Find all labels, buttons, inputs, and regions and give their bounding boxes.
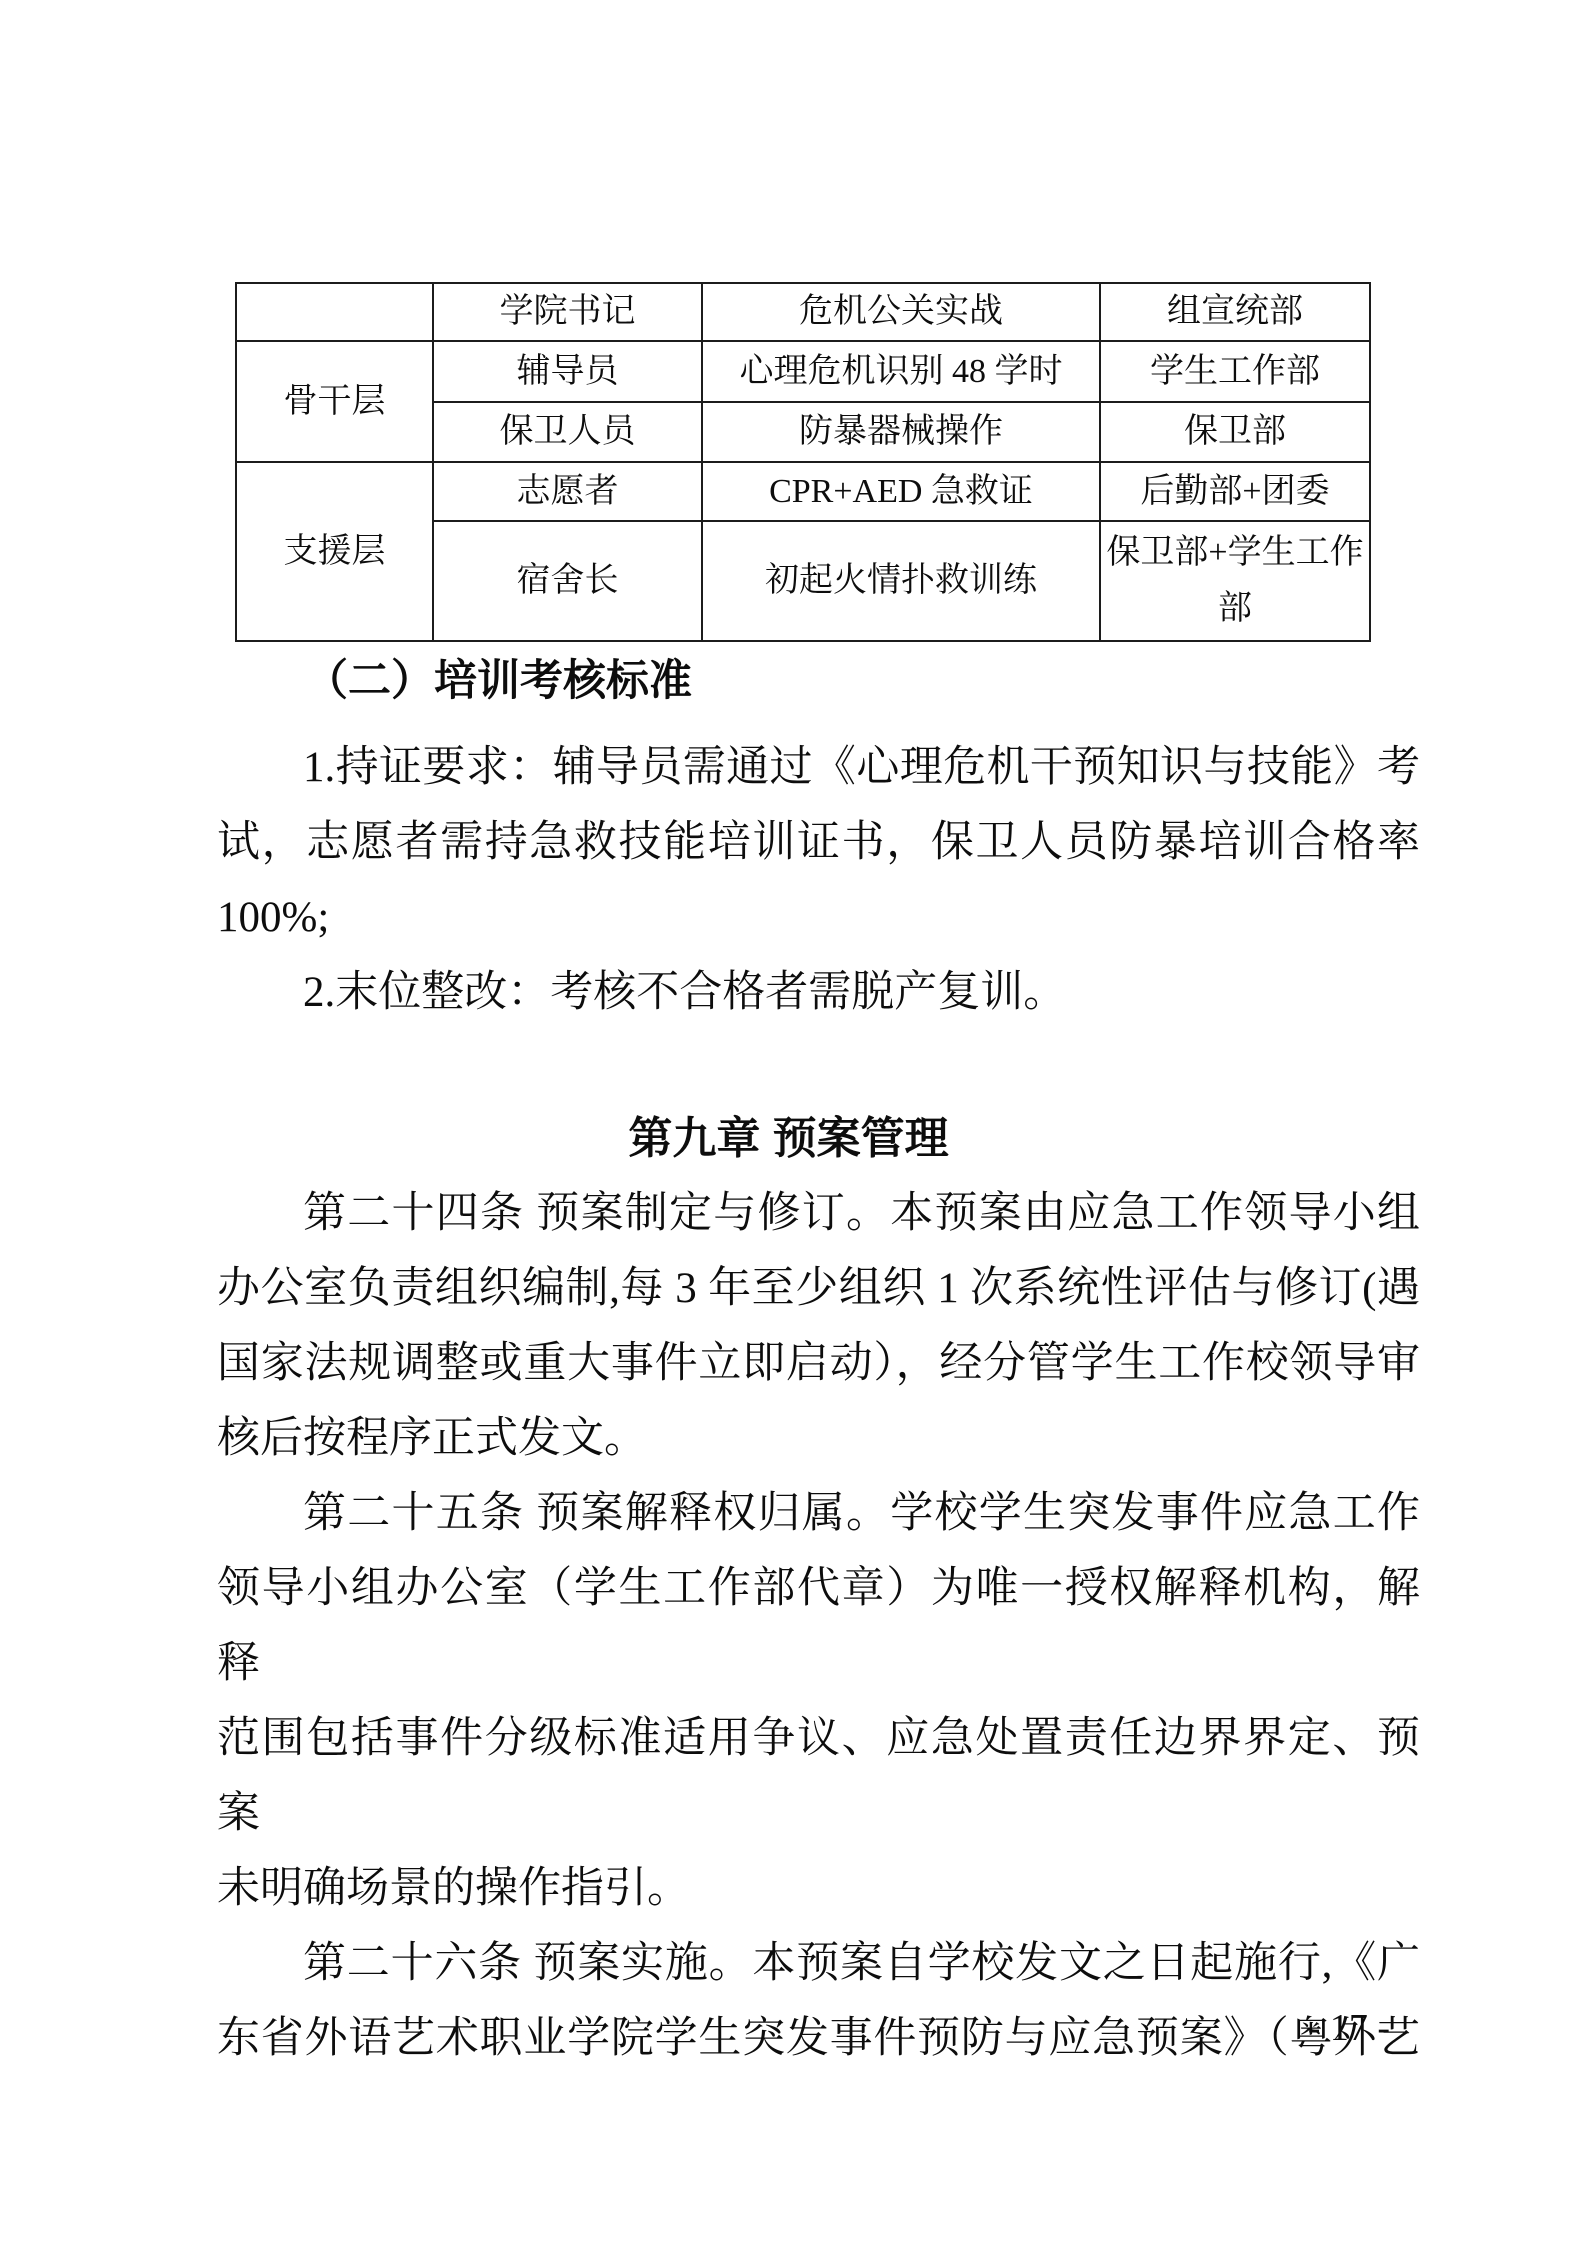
table-cell-role: 辅导员 <box>433 341 702 402</box>
paragraph-article-25: 第二十五条 预案解释权归属。学校学生突发事件应急工作 领导小组办公室（学生工作部… <box>217 1476 1420 1926</box>
table-cell-course: 心理危机识别 48 学时 <box>702 341 1100 402</box>
text-line: 办公室负责组织编制,每 3 年至少组织 1 次系统性评估与修订(遇 <box>217 1251 1420 1326</box>
section-heading: （二）培训考核标准 <box>217 642 1420 722</box>
table-cell-course: 危机公关实战 <box>702 283 1100 341</box>
table-cell-dept: 保卫部 <box>1100 402 1370 462</box>
table-cell-corner-empty <box>236 283 433 341</box>
paragraph-retraining: 2.末位整改：考核不合格者需脱产复训。 <box>217 955 1420 1030</box>
table-cell-group-support: 支援层 <box>236 462 433 641</box>
text-line: 核后按程序正式发文。 <box>217 1401 1420 1476</box>
text-line: 第二十五条 预案解释权归属。学校学生突发事件应急工作 <box>217 1476 1420 1551</box>
text-line: 试，志愿者需持急救技能培训证书，保卫人员防暴培训合格率 <box>217 805 1420 880</box>
chapter-heading: 第九章 预案管理 <box>217 1101 1420 1176</box>
text-line: 未明确场景的操作指引。 <box>217 1851 1420 1926</box>
text-line: 1.持证要求：辅导员需通过《心理危机干预知识与技能》考 <box>217 730 1420 805</box>
table-cell-course: 初起火情扑救训练 <box>702 521 1100 641</box>
paragraph-article-24: 第二十四条 预案制定与修订。本预案由应急工作领导小组 办公室负责组织编制,每 3… <box>217 1176 1420 1476</box>
table-cell-role: 保卫人员 <box>433 402 702 462</box>
page-number: - 17 - <box>1308 2006 1390 2050</box>
text-line: 第二十六条 预案实施。本预案自学校发文之日起施行,《广 <box>217 1926 1420 2001</box>
document-page: 学院书记 危机公关实战 组宣统部 骨干层 辅导员 心理危机识别 48 学时 学生… <box>0 0 1587 2245</box>
table-cell-dept: 学生工作部 <box>1100 341 1370 402</box>
table-row: 学院书记 危机公关实战 组宣统部 <box>236 283 1370 341</box>
text-line: 100%; <box>217 880 1420 955</box>
table-cell-dept: 组宣统部 <box>1100 283 1370 341</box>
text-line: 领导小组办公室（学生工作部代章）为唯一授权解释机构，解释 <box>217 1551 1420 1701</box>
paragraph-certification: 1.持证要求：辅导员需通过《心理危机干预知识与技能》考 试，志愿者需持急救技能培… <box>217 730 1420 955</box>
table-row: 骨干层 辅导员 心理危机识别 48 学时 学生工作部 <box>236 341 1370 402</box>
paragraph-article-26: 第二十六条 预案实施。本预案自学校发文之日起施行,《广 东省外语艺术职业学院学生… <box>217 1926 1420 2076</box>
text-line: 范围包括事件分级标准适用争议、应急处置责任边界界定、预案 <box>217 1701 1420 1851</box>
training-matrix-table: 学院书记 危机公关实战 组宣统部 骨干层 辅导员 心理危机识别 48 学时 学生… <box>235 282 1371 642</box>
text-line: 国家法规调整或重大事件立即启动），经分管学生工作校领导审 <box>217 1326 1420 1401</box>
text-line: 2.末位整改：考核不合格者需脱产复训。 <box>217 955 1420 1030</box>
table-cell-dept: 保卫部+学生工作部 <box>1100 521 1370 641</box>
table-cell-dept: 后勤部+团委 <box>1100 462 1370 521</box>
page-content: 学院书记 危机公关实战 组宣统部 骨干层 辅导员 心理危机识别 48 学时 学生… <box>217 0 1420 2076</box>
text-line: 东省外语艺术职业学院学生突发事件预防与应急预案》（粤外艺 <box>217 2001 1420 2076</box>
table-cell-course: CPR+AED 急救证 <box>702 462 1100 521</box>
table-cell-role: 学院书记 <box>433 283 702 341</box>
text-line: 第二十四条 预案制定与修订。本预案由应急工作领导小组 <box>217 1176 1420 1251</box>
table-cell-group-backbone: 骨干层 <box>236 341 433 462</box>
table-cell-role: 宿舍长 <box>433 521 702 641</box>
table-cell-course: 防暴器械操作 <box>702 402 1100 462</box>
table-row: 支援层 志愿者 CPR+AED 急救证 后勤部+团委 <box>236 462 1370 521</box>
table-cell-role: 志愿者 <box>433 462 702 521</box>
